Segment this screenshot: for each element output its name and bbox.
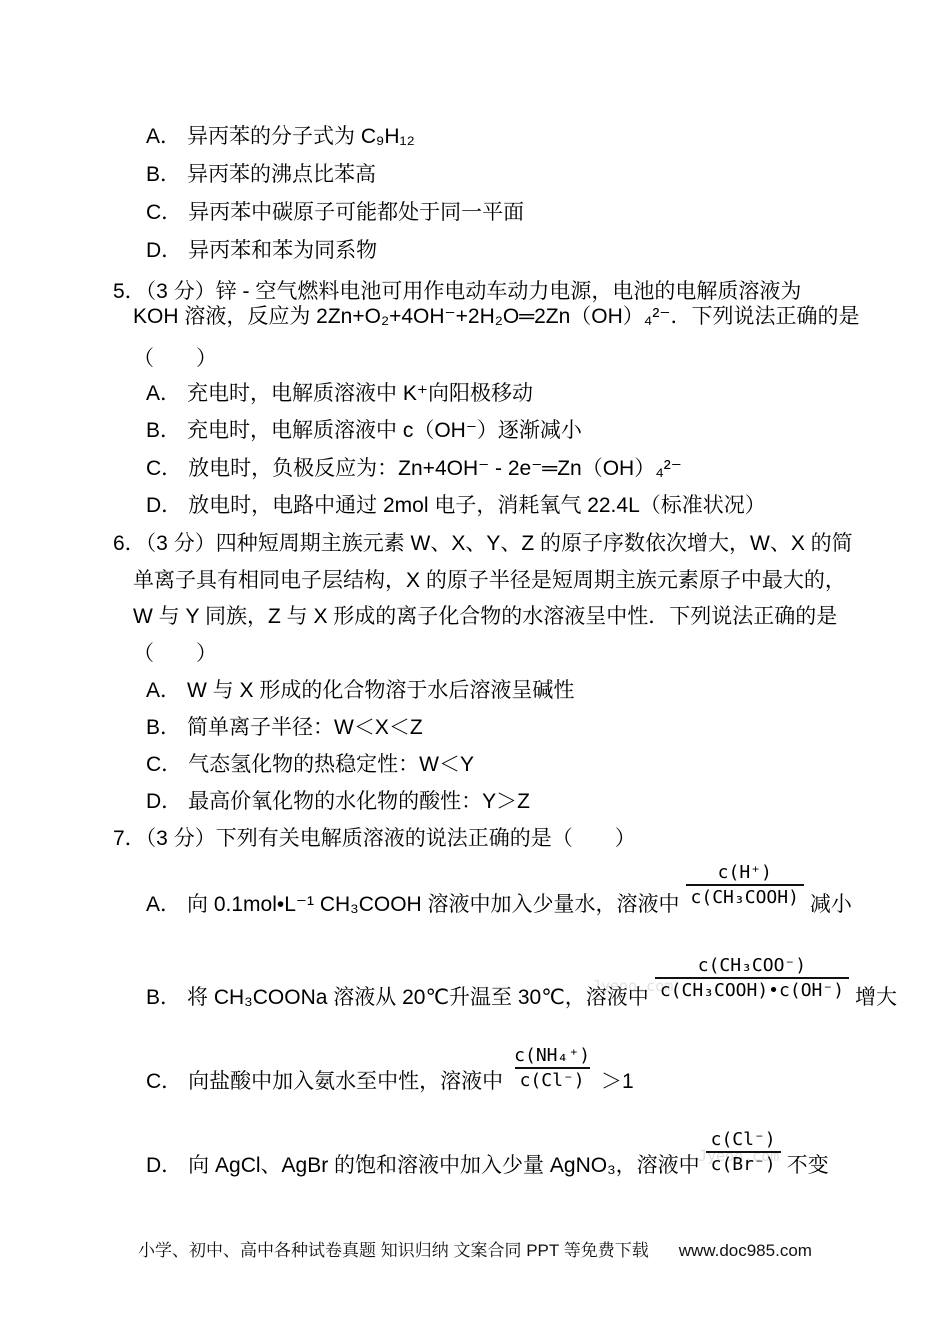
q6-stem-line-2: 单离子具有相同电子层结构，X 的原子半径是短周期主族元素原子中最大的， <box>133 568 846 594</box>
option-label: A． <box>146 892 181 918</box>
option-text: 异丙苯的分子式为 C₉H₁₂ <box>187 125 415 148</box>
option-label: D． <box>146 494 182 517</box>
q5-stem-line-2: KOH 溶液，反应为 2Zn+O₂+4OH⁻+2H₂O═2Zn（OH）₄²⁻．下… <box>133 304 859 330</box>
footer-site-url: www.doc985.com <box>679 1241 812 1260</box>
option-label: D． <box>146 239 182 262</box>
option-text: 放电时，负极反应为：Zn+4OH⁻ - 2e⁻═Zn（OH）₄²⁻ <box>188 457 682 480</box>
option-label: D． <box>146 790 182 813</box>
q4-option-b: B．异丙苯的沸点比苯高 <box>146 162 376 188</box>
option-label: B． <box>146 419 181 442</box>
option-text-pre: 向 AgCl、AgBr 的饱和溶液中加入少量 AgNO₃，溶液中 <box>188 1153 699 1179</box>
fraction: c(NH₄⁺) c(Cl⁻) <box>509 1045 595 1091</box>
option-label: A． <box>146 382 181 405</box>
q5-option-b: B．充电时，电解质溶液中 c（OH⁻）逐渐减小 <box>146 418 582 444</box>
q7-option-a: A． 向 0.1mol•L⁻¹ CH₃COOH 溶液中加入少量水，溶液中 c(H… <box>146 862 852 918</box>
fraction-denominator: c(Cl⁻) <box>515 1067 590 1091</box>
option-label: C． <box>146 1069 182 1095</box>
option-label: D． <box>146 1153 182 1179</box>
q6-option-d: D．最高价氧化物的水化物的酸性：Y＞Z <box>146 789 530 815</box>
option-text-post: 增大 <box>855 985 897 1011</box>
q6-option-a: A．W 与 X 形成的化合物溶于水后溶液呈碱性 <box>146 678 574 704</box>
fraction: c(H⁺) c(CH₃COOH) <box>686 862 804 908</box>
option-text: 充电时，电解质溶液中 c（OH⁻）逐渐减小 <box>187 419 582 442</box>
q7-option-d: D． 向 AgCl、AgBr 的饱和溶液中加入少量 AgNO₃，溶液中 c(Cl… <box>146 1129 829 1179</box>
option-text: 异丙苯的沸点比苯高 <box>187 163 376 186</box>
fraction: c(CH₃COO⁻) c(CH₃COOH)•c(OH⁻) <box>655 955 849 1001</box>
option-text: 充电时，电解质溶液中 K⁺向阳极移动 <box>187 382 533 405</box>
option-text: 简单离子半径：W＜X＜Z <box>187 716 423 739</box>
option-label: C． <box>146 753 182 776</box>
fraction-numerator: c(H⁺) <box>713 862 777 884</box>
option-label: B． <box>146 716 181 739</box>
option-text-post: ＞1 <box>601 1069 634 1095</box>
option-text-pre: 将 CH₃COONa 溶液从 20℃升温至 30℃，溶液中 <box>187 985 649 1011</box>
q5-option-d: D．放电时，电路中通过 2mol 电子，消耗氧气 22.4L（标准状况） <box>146 493 766 519</box>
option-label: B． <box>146 163 181 186</box>
q6-answer-blank: （ ） <box>133 641 217 667</box>
q5-option-c: C．放电时，负极反应为：Zn+4OH⁻ - 2e⁻═Zn（OH）₄²⁻ <box>146 456 682 482</box>
fraction-denominator: c(CH₃COOH)•c(OH⁻) <box>655 977 849 1001</box>
option-text-post: 减小 <box>810 892 852 918</box>
fraction-numerator: c(Cl⁻) <box>706 1129 781 1151</box>
q6-option-b: B．简单离子半径：W＜X＜Z <box>146 715 423 741</box>
fraction-numerator: c(NH₄⁺) <box>509 1045 595 1067</box>
option-text: 最高价氧化物的水化物的酸性：Y＞Z <box>188 790 530 813</box>
q7-stem-line-1: 7．（3 分）下列有关电解质溶液的说法正确的是（ ） <box>113 826 636 852</box>
page-footer: 小学、初中、高中各种试卷真题 知识归纳 文案合同 PPT 等免费下载www.do… <box>0 1240 950 1262</box>
option-label: A． <box>146 679 181 702</box>
option-label: A． <box>146 125 181 148</box>
q6-stem-line-1: 6．（3 分）四种短周期主族元素 W、X、Y、Z 的原子序数依次增大，W、X 的… <box>113 531 853 557</box>
option-text: 放电时，电路中通过 2mol 电子，消耗氧气 22.4L（标准状况） <box>188 494 766 517</box>
q6-stem-line-3: W 与 Y 同族，Z 与 X 形成的离子化合物的水溶液呈中性．下列说法正确的是 <box>133 604 837 630</box>
option-label: B． <box>146 985 181 1011</box>
option-text: 异丙苯和苯为同系物 <box>188 239 377 262</box>
q5-option-a: A．充电时，电解质溶液中 K⁺向阳极移动 <box>146 381 533 407</box>
q5-answer-blank: （ ） <box>133 346 217 372</box>
fraction-numerator: c(CH₃COO⁻) <box>693 955 811 977</box>
exam-page: A．异丙苯的分子式为 C₉H₁₂ B．异丙苯的沸点比苯高 C．异丙苯中碳原子可能… <box>0 0 950 1344</box>
q7-option-b: B． 将 CH₃COONa 溶液从 20℃升温至 30℃，溶液中 c(CH₃CO… <box>146 955 897 1011</box>
option-text-pre: 向盐酸中加入氨水至中性，溶液中 <box>188 1069 503 1095</box>
footer-text: 小学、初中、高中各种试卷真题 知识归纳 文案合同 PPT 等免费下载 <box>138 1241 649 1260</box>
option-text: 异丙苯中碳原子可能都处于同一平面 <box>188 201 524 224</box>
option-label: C． <box>146 457 182 480</box>
q7-option-c: C． 向盐酸中加入氨水至中性，溶液中 c(NH₄⁺) c(Cl⁻) ＞1 <box>146 1045 634 1095</box>
option-text-post: 不变 <box>787 1153 829 1179</box>
q6-option-c: C．气态氢化物的热稳定性：W＜Y <box>146 752 474 778</box>
option-text-pre: 向 0.1mol•L⁻¹ CH₃COOH 溶液中加入少量水，溶液中 <box>187 892 680 918</box>
option-label: C． <box>146 201 182 224</box>
fraction-denominator: c(CH₃COOH) <box>686 884 804 908</box>
q4-option-d: D．异丙苯和苯为同系物 <box>146 238 377 264</box>
q4-option-a: A．异丙苯的分子式为 C₉H₁₂ <box>146 124 415 150</box>
q4-option-c: C．异丙苯中碳原子可能都处于同一平面 <box>146 200 524 226</box>
q5-stem-line-1: 5．（3 分）锌 - 空气燃料电池可用作电动车动力电源，电池的电解质溶液为 <box>113 279 801 305</box>
fraction: c(Cl⁻) c(Br⁻) <box>706 1129 781 1175</box>
option-text: W 与 X 形成的化合物溶于水后溶液呈碱性 <box>187 679 574 702</box>
option-text: 气态氢化物的热稳定性：W＜Y <box>188 753 474 776</box>
fraction-denominator: c(Br⁻) <box>706 1151 781 1175</box>
